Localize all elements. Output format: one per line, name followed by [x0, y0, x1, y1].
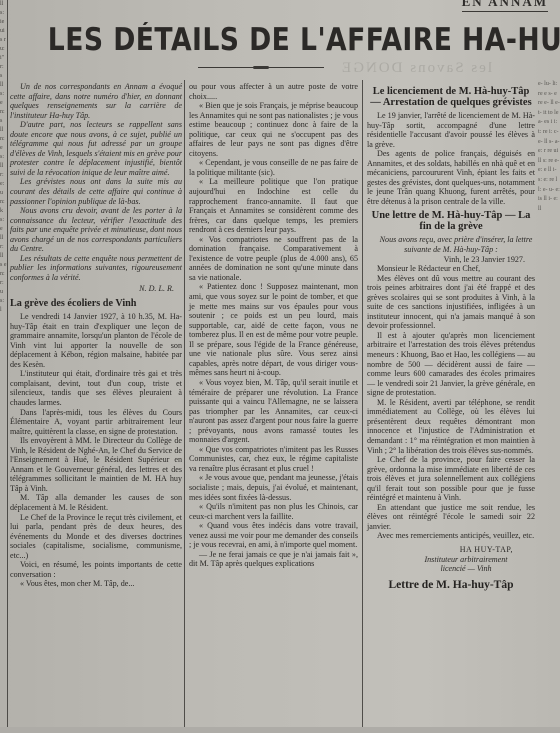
letter-place-date: Vinh, le 23 Janvier 1927.: [367, 255, 525, 265]
body-paragraph: « Vous êtes, mon cher M. Tâp, de...: [10, 579, 182, 589]
headline-ornament-rule: [198, 66, 324, 70]
intro-paragraph: Les résultats de cette enquête nous perm…: [10, 254, 182, 283]
column-rule: [362, 80, 363, 733]
body-paragraph: — Je ne ferai jamais ce que je n'ai jama…: [189, 550, 358, 569]
body-paragraph: « Bien que je sois Français, je méprise …: [189, 101, 358, 158]
letter-signature-title: Instituteur arbitrairement: [397, 555, 535, 565]
newspaper-page: ll s: ie ui s r u: i" r: s ll s: e n: s …: [0, 0, 560, 733]
body-paragraph: L'instituteur qui était, d'ordinaire trè…: [10, 369, 182, 407]
column-rule: [184, 80, 185, 733]
letter-salutation: Monsieur le Rédacteur en Chef,: [367, 264, 535, 274]
body-paragraph: « Cependant, je vous conseille de ne pas…: [189, 158, 358, 177]
body-paragraph: Dans l'après-midi, tous les élèves du Co…: [10, 408, 182, 437]
body-paragraph: Le Chef de la Province le reçut très civ…: [10, 513, 182, 561]
column-3: Le licenciement de M. Hà-huy-Tâp — Arres…: [367, 82, 535, 594]
intro-paragraph: Les grévistes nous ont dans la suite mis…: [10, 177, 182, 206]
subheading-lettre-fin-greve: Une lettre de M. Hà-huy-Tâp — La fin de …: [367, 210, 535, 232]
right-edge-fragments: e- lu- li: re e s- e re e- ll e- t- it t…: [538, 80, 560, 733]
editor-note-signature: N. D. L. R.: [10, 284, 174, 294]
body-paragraph: ou pour vous affecter à un autre poste d…: [189, 82, 358, 101]
body-paragraph: « Patientez donc ! Supposez maintenant, …: [189, 282, 358, 377]
letter-signature-title: licencié — Vinh: [397, 564, 535, 574]
body-paragraph: « Vos compatriotes ne souffrent pas de l…: [189, 235, 358, 283]
letter-signature-name: HA HUY-TAP,: [367, 545, 513, 555]
intro-paragraph: D'autre part, nos lecteurs se rappellent…: [10, 120, 182, 177]
letter-paragraph: Le Chef de la province, pour faire cesse…: [367, 455, 535, 503]
letter-paragraph: M. le Résident, averti par téléphone, se…: [367, 398, 535, 455]
letter-paragraph: Mes élèves ont dû vous mettre au courant…: [367, 274, 535, 331]
body-paragraph: « Je vous avoue que, pendant ma jeunesse…: [189, 473, 358, 502]
scan-bottom-edge: [0, 727, 560, 733]
body-paragraph: « Vous voyez bien, M. Tâp, qu'il serait …: [189, 378, 358, 445]
bleed-through-text: les Savons DONGE: [340, 60, 492, 77]
section-tag: EN ANNAM: [462, 0, 548, 12]
subheading-lettre-ha-huy-tap: Lettre de M. Ha-huy-Tâp: [367, 580, 535, 591]
body-paragraph: « Qu'ils n'imitent pas non plus les Chin…: [189, 502, 358, 521]
body-paragraph: « La meilleure politique que l'on pratiq…: [189, 177, 358, 234]
body-paragraph: M. Tâp alla demander les causes de son d…: [10, 493, 182, 512]
subheading-greve-vinh: La grève des écoliers de Vinh: [10, 298, 182, 309]
body-paragraph: Voici, en résumé, les points importants …: [10, 560, 182, 579]
body-paragraph: Le vendredi 14 Janvier 1927, à 10 h.35, …: [10, 312, 182, 369]
intro-paragraph: Un de nos correspondants en Annam a évoq…: [10, 82, 182, 120]
left-margin-fragments: ll s: ie ui s r u: i" r: s ll s: e n: s …: [0, 0, 7, 733]
column-1: Un de nos correspondants en Annam a évoq…: [10, 82, 182, 589]
body-paragraph: « Quand vous êtes indécis dans votre tra…: [189, 521, 358, 550]
body-paragraph: Ils envoyèrent à MM. le Directeur du Col…: [10, 436, 182, 493]
letter-paragraph: Il est à ajouter qu'après mon licencieme…: [367, 331, 535, 398]
letter-closing: Avec mes remerciements anticipés, veuill…: [367, 531, 535, 541]
body-paragraph: « Que vos compatriotes n'imitent pas les…: [189, 445, 358, 474]
body-paragraph: Des agents de police français, déguisés …: [367, 149, 535, 206]
intro-paragraph: Nous avons cru devoir, avant de les port…: [10, 206, 182, 254]
page-headline: LES DÉTAILS DE L'AFFAIRE HA-HUY-TAP: [48, 22, 512, 58]
letter-intro: Nous avons reçu, avec prière d'insérer, …: [367, 235, 535, 254]
letter-paragraph: En attendant que justice me soit rendue,…: [367, 503, 535, 532]
subheading-licenciement: Le licenciement de M. Hà-huy-Tâp — Arres…: [367, 86, 535, 108]
left-margin-rule: [7, 0, 8, 733]
column-2: ou pour vous affecter à un autre poste d…: [189, 82, 358, 569]
body-paragraph: Le 19 janvier, l'arrêté de licenciement …: [367, 111, 535, 149]
